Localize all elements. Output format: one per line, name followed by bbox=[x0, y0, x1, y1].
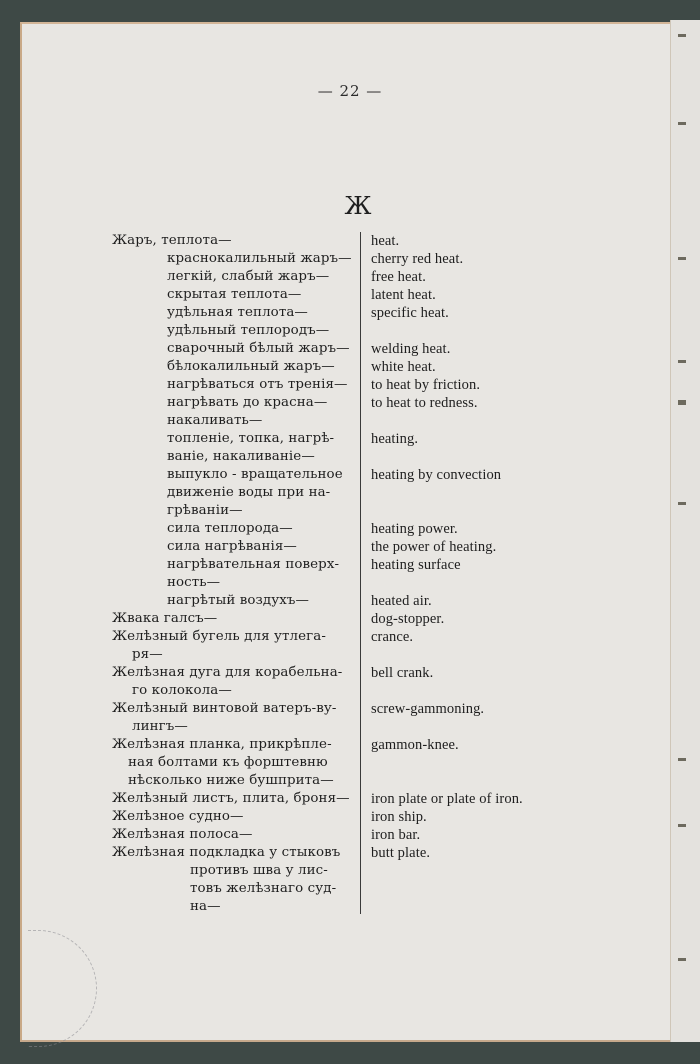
russian-term: легкій, слабый жаръ— bbox=[167, 268, 329, 286]
binding-stitch bbox=[678, 502, 686, 505]
russian-term: ваніе, накаливаніе— bbox=[167, 448, 315, 466]
russian-term: грѣваніи— bbox=[167, 502, 243, 520]
russian-term: скрытая теплота— bbox=[167, 286, 301, 304]
russian-term: выпукло - вращательное bbox=[167, 466, 343, 484]
binding-stitch bbox=[678, 257, 686, 260]
english-translation: butt plate. bbox=[371, 844, 430, 862]
russian-term: накаливать— bbox=[167, 412, 262, 430]
russian-term: Желѣзный винтовой ватеръ-ву- bbox=[112, 700, 336, 718]
binding-stitch bbox=[678, 402, 686, 405]
russian-term: нагрѣваться отъ тренія— bbox=[167, 376, 348, 394]
english-translation: heat. bbox=[371, 232, 399, 250]
english-translation: specific heat. bbox=[371, 304, 449, 322]
russian-term: нагрѣтый воздухъ— bbox=[167, 592, 309, 610]
russian-term: сила нагрѣванія— bbox=[167, 538, 297, 556]
english-translation: heated air. bbox=[371, 592, 432, 610]
english-translation: screw-gammoning. bbox=[371, 700, 484, 718]
english-translation: heating. bbox=[371, 430, 418, 448]
adjacent-page-edge bbox=[670, 20, 700, 1042]
russian-term: Желѣзная дуга для корабельна- bbox=[112, 664, 342, 682]
binding-stitch bbox=[678, 958, 686, 961]
section-letter-heading: Ж bbox=[0, 192, 700, 220]
russian-term: ря— bbox=[132, 646, 163, 664]
russian-term: сварочный бѣлый жаръ— bbox=[167, 340, 350, 358]
russian-term: Желѣзная подкладка у стыковъ bbox=[112, 844, 340, 862]
english-translation: iron ship. bbox=[371, 808, 427, 826]
russian-term: товъ желѣзнаго суд- bbox=[190, 880, 336, 898]
russian-term: го колокола— bbox=[132, 682, 232, 700]
russian-term: движеніе воды при на- bbox=[167, 484, 330, 502]
english-translation: iron bar. bbox=[371, 826, 420, 844]
binding-stitch bbox=[678, 122, 686, 125]
english-translation: latent heat. bbox=[371, 286, 436, 304]
english-translation: to heat by friction. bbox=[371, 376, 480, 394]
russian-term: Жаръ, теплота— bbox=[112, 232, 232, 250]
russian-term: нагрѣвать до красна— bbox=[167, 394, 327, 412]
english-translation: to heat to redness. bbox=[371, 394, 478, 412]
russian-term: удѣльный теплородъ— bbox=[167, 322, 329, 340]
binding-stitch bbox=[678, 360, 686, 363]
russian-term: сила теплорода— bbox=[167, 520, 293, 538]
russian-term: противъ шва у лис- bbox=[190, 862, 328, 880]
english-translation: crance. bbox=[371, 628, 413, 646]
russian-term: лингъ— bbox=[132, 718, 188, 736]
english-translation: gammon-knee. bbox=[371, 736, 459, 754]
russian-term: ная болтами къ форштевню bbox=[128, 754, 328, 772]
russian-term: бѣлокалильный жаръ— bbox=[167, 358, 335, 376]
russian-term: краснокалильный жаръ— bbox=[167, 250, 352, 268]
english-translation: dog-stopper. bbox=[371, 610, 444, 628]
binding-stitch bbox=[678, 34, 686, 37]
english-translation: bell crank. bbox=[371, 664, 433, 682]
page-number: — 22 — bbox=[0, 82, 700, 100]
english-translation: heating surface bbox=[371, 556, 461, 574]
russian-term: Желѣзная полоса— bbox=[112, 826, 253, 844]
english-translation: cherry red heat. bbox=[371, 250, 463, 268]
russian-term: ность— bbox=[167, 574, 220, 592]
russian-term: Желѣзный листъ, плита, броня— bbox=[112, 790, 350, 808]
english-translation: iron plate or plate of iron. bbox=[371, 790, 523, 808]
russian-term: Жвака галсъ— bbox=[112, 610, 217, 628]
english-translation: white heat. bbox=[371, 358, 436, 376]
russian-term: Желѣзный бугель для утлега- bbox=[112, 628, 326, 646]
column-divider bbox=[360, 232, 361, 914]
russian-term: на— bbox=[190, 898, 221, 916]
english-translation: heating by convection bbox=[371, 466, 501, 484]
russian-term: Желѣзное судно— bbox=[112, 808, 244, 826]
english-translation: heating power. bbox=[371, 520, 458, 538]
english-translation: the power of heating. bbox=[371, 538, 496, 556]
russian-term: нѣсколько ниже бушприта— bbox=[128, 772, 334, 790]
russian-term: нагрѣвательная поверх- bbox=[167, 556, 339, 574]
binding-stitch bbox=[678, 758, 686, 761]
russian-term: топленіе, топка, нагрѣ- bbox=[167, 430, 334, 448]
russian-term: удѣльная теплота— bbox=[167, 304, 308, 322]
binding-stitch bbox=[678, 824, 686, 827]
english-translation: welding heat. bbox=[371, 340, 450, 358]
russian-term: Желѣзная планка, прикрѣпле- bbox=[112, 736, 332, 754]
book-page bbox=[20, 22, 672, 1042]
english-translation: free heat. bbox=[371, 268, 426, 286]
